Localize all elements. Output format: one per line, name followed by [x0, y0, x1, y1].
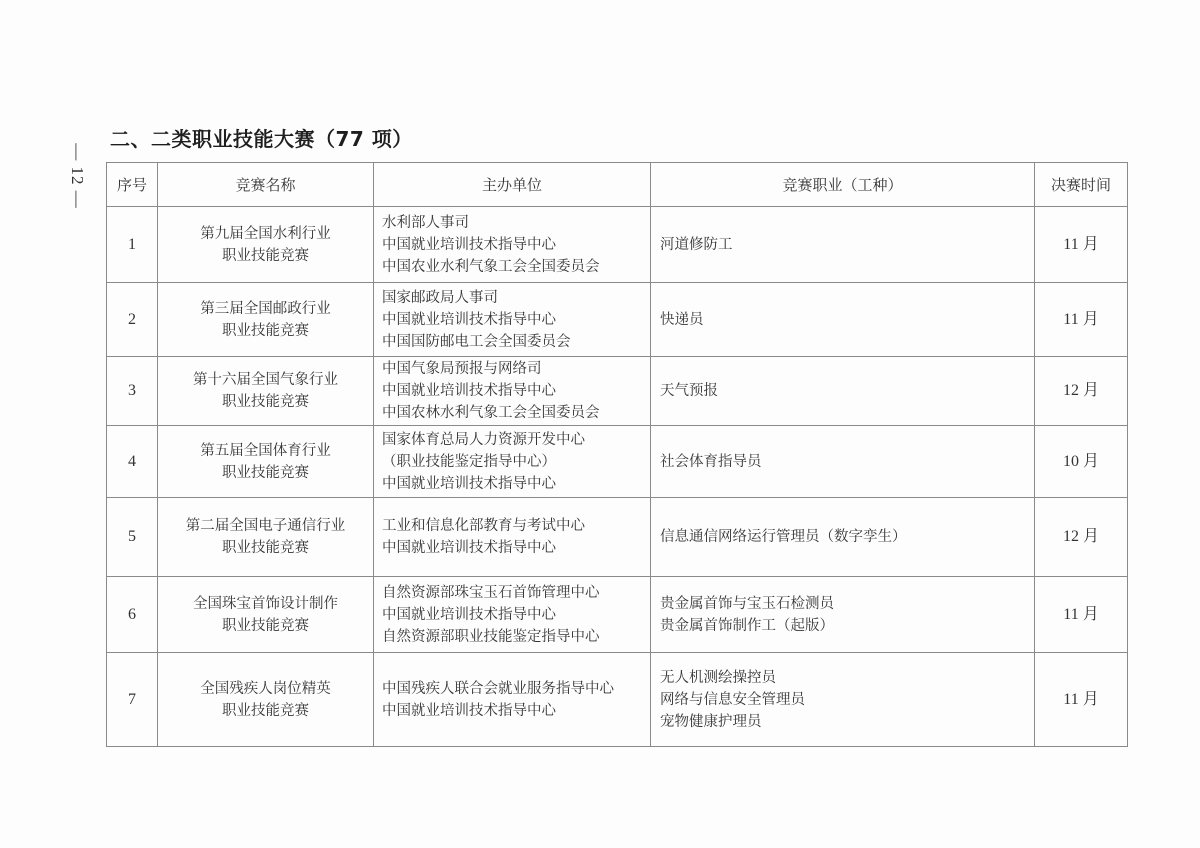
organizers: 国家邮政局人事司中国就业培训技术指导中心中国国防邮电工会全国委员会: [374, 283, 651, 357]
row-number: 7: [107, 653, 158, 747]
organizer-line: 中国就业培训技术指导中心: [382, 700, 650, 722]
row-number: 2: [107, 283, 158, 357]
organizer-line: 中国残疾人联合会就业服务指导中心: [382, 678, 650, 700]
organizer-line: 中国就业培训技术指导中心: [382, 309, 650, 331]
competition-name-line: 职业技能竞赛: [158, 462, 373, 484]
occupation-line: 贵金属首饰与宝玉石检测员: [660, 593, 1034, 615]
competition-name-line: 第三届全国邮政行业: [158, 298, 373, 320]
final-time: 11 月: [1035, 283, 1128, 357]
organizers: 国家体育总局人力资源开发中心（职业技能鉴定指导中心）中国就业培训技术指导中心: [374, 426, 651, 498]
occupation-line: 河道修防工: [660, 234, 1034, 256]
competition-name-line: 第九届全国水利行业: [158, 223, 373, 245]
organizer-line: 国家邮政局人事司: [382, 287, 650, 309]
page-number-text: — 12 —: [67, 143, 87, 209]
competition-name-line: 职业技能竞赛: [158, 537, 373, 559]
section-title: 二、二类职业技能大赛（77 项）: [110, 123, 413, 152]
organizer-line: 中国就业培训技术指导中心: [382, 234, 650, 256]
final-time: 11 月: [1035, 653, 1128, 747]
occupations: 河道修防工: [651, 207, 1035, 283]
organizer-line: 中国就业培训技术指导中心: [382, 537, 650, 559]
occupations: 快递员: [651, 283, 1035, 357]
occupations: 天气预报: [651, 357, 1035, 426]
organizer-line: 中国气象局预报与网络司: [382, 358, 650, 380]
competition-name-line: 职业技能竞赛: [158, 245, 373, 267]
occupation-line: 网络与信息安全管理员: [660, 689, 1034, 711]
final-time: 12 月: [1035, 498, 1128, 577]
row-number: 4: [107, 426, 158, 498]
header-final-time: 决赛时间: [1035, 163, 1128, 207]
header-occupation: 竞赛职业（工种）: [651, 163, 1035, 207]
organizer-line: （职业技能鉴定指导中心）: [382, 451, 650, 473]
table-row: 3第十六届全国气象行业职业技能竞赛中国气象局预报与网络司中国就业培训技术指导中心…: [107, 357, 1128, 426]
competition-name-line: 职业技能竞赛: [158, 320, 373, 342]
competition-name: 全国残疾人岗位精英职业技能竞赛: [158, 653, 374, 747]
organizer-line: 自然资源部职业技能鉴定指导中心: [382, 626, 650, 648]
organizer-line: 中国就业培训技术指导中心: [382, 380, 650, 402]
organizer-line: 国家体育总局人力资源开发中心: [382, 429, 650, 451]
organizer-line: 工业和信息化部教育与考试中心: [382, 515, 650, 537]
competition-name: 第二届全国电子通信行业职业技能竞赛: [158, 498, 374, 577]
occupation-line: 天气预报: [660, 380, 1034, 402]
occupation-line: 贵金属首饰制作工（起版）: [660, 615, 1034, 637]
occupation-line: 信息通信网络运行管理员（数字孪生）: [660, 526, 1034, 548]
organizer-line: 自然资源部珠宝玉石首饰管理中心: [382, 582, 650, 604]
organizer-line: 中国就业培训技术指导中心: [382, 473, 650, 495]
competition-name-line: 职业技能竞赛: [158, 700, 373, 722]
organizers: 中国残疾人联合会就业服务指导中心中国就业培训技术指导中心: [374, 653, 651, 747]
competition-name-line: 第五届全国体育行业: [158, 440, 373, 462]
organizer-line: 中国就业培训技术指导中心: [382, 604, 650, 626]
table-row: 5第二届全国电子通信行业职业技能竞赛工业和信息化部教育与考试中心中国就业培训技术…: [107, 498, 1128, 577]
organizers: 中国气象局预报与网络司中国就业培训技术指导中心中国农林水利气象工会全国委员会: [374, 357, 651, 426]
organizer-line: 中国农林水利气象工会全国委员会: [382, 402, 650, 424]
final-time: 11 月: [1035, 207, 1128, 283]
final-time: 12 月: [1035, 357, 1128, 426]
row-number: 5: [107, 498, 158, 577]
table-header-row: 序号 竞赛名称 主办单位 竞赛职业（工种） 决赛时间: [107, 163, 1128, 207]
table-row: 1第九届全国水利行业职业技能竞赛水利部人事司中国就业培训技术指导中心中国农业水利…: [107, 207, 1128, 283]
occupations: 社会体育指导员: [651, 426, 1035, 498]
competition-name: 第五届全国体育行业职业技能竞赛: [158, 426, 374, 498]
organizers: 水利部人事司中国就业培训技术指导中心中国农业水利气象工会全国委员会: [374, 207, 651, 283]
occupations: 贵金属首饰与宝玉石检测员贵金属首饰制作工（起版）: [651, 577, 1035, 653]
competition-table: 序号 竞赛名称 主办单位 竞赛职业（工种） 决赛时间 1第九届全国水利行业职业技…: [106, 162, 1128, 747]
header-no: 序号: [107, 163, 158, 207]
occupation-line: 快递员: [660, 309, 1034, 331]
final-time: 11 月: [1035, 577, 1128, 653]
competition-name-line: 全国残疾人岗位精英: [158, 678, 373, 700]
occupation-line: 宠物健康护理员: [660, 711, 1034, 733]
competition-name-line: 职业技能竞赛: [158, 391, 373, 413]
final-time: 10 月: [1035, 426, 1128, 498]
row-number: 3: [107, 357, 158, 426]
table-row: 6全国珠宝首饰设计制作职业技能竞赛自然资源部珠宝玉石首饰管理中心中国就业培训技术…: [107, 577, 1128, 653]
occupations: 无人机测绘操控员网络与信息安全管理员宠物健康护理员: [651, 653, 1035, 747]
competition-name: 全国珠宝首饰设计制作职业技能竞赛: [158, 577, 374, 653]
page-number: — 12 —: [62, 140, 92, 212]
occupation-line: 无人机测绘操控员: [660, 667, 1034, 689]
organizers: 工业和信息化部教育与考试中心中国就业培训技术指导中心: [374, 498, 651, 577]
competition-name-line: 第十六届全国气象行业: [158, 369, 373, 391]
competition-name-line: 全国珠宝首饰设计制作: [158, 593, 373, 615]
organizer-line: 水利部人事司: [382, 212, 650, 234]
competition-name: 第十六届全国气象行业职业技能竞赛: [158, 357, 374, 426]
organizer-line: 中国国防邮电工会全国委员会: [382, 331, 650, 353]
occupations: 信息通信网络运行管理员（数字孪生）: [651, 498, 1035, 577]
occupation-line: 社会体育指导员: [660, 451, 1034, 473]
competition-name: 第九届全国水利行业职业技能竞赛: [158, 207, 374, 283]
competition-name-line: 第二届全国电子通信行业: [158, 515, 373, 537]
table-row: 7全国残疾人岗位精英职业技能竞赛中国残疾人联合会就业服务指导中心中国就业培训技术…: [107, 653, 1128, 747]
header-organizer: 主办单位: [374, 163, 651, 207]
row-number: 6: [107, 577, 158, 653]
header-name: 竞赛名称: [158, 163, 374, 207]
competition-name: 第三届全国邮政行业职业技能竞赛: [158, 283, 374, 357]
row-number: 1: [107, 207, 158, 283]
organizer-line: 中国农业水利气象工会全国委员会: [382, 256, 650, 278]
table-row: 2第三届全国邮政行业职业技能竞赛国家邮政局人事司中国就业培训技术指导中心中国国防…: [107, 283, 1128, 357]
competition-name-line: 职业技能竞赛: [158, 615, 373, 637]
organizers: 自然资源部珠宝玉石首饰管理中心中国就业培训技术指导中心自然资源部职业技能鉴定指导…: [374, 577, 651, 653]
table-row: 4第五届全国体育行业职业技能竞赛国家体育总局人力资源开发中心（职业技能鉴定指导中…: [107, 426, 1128, 498]
